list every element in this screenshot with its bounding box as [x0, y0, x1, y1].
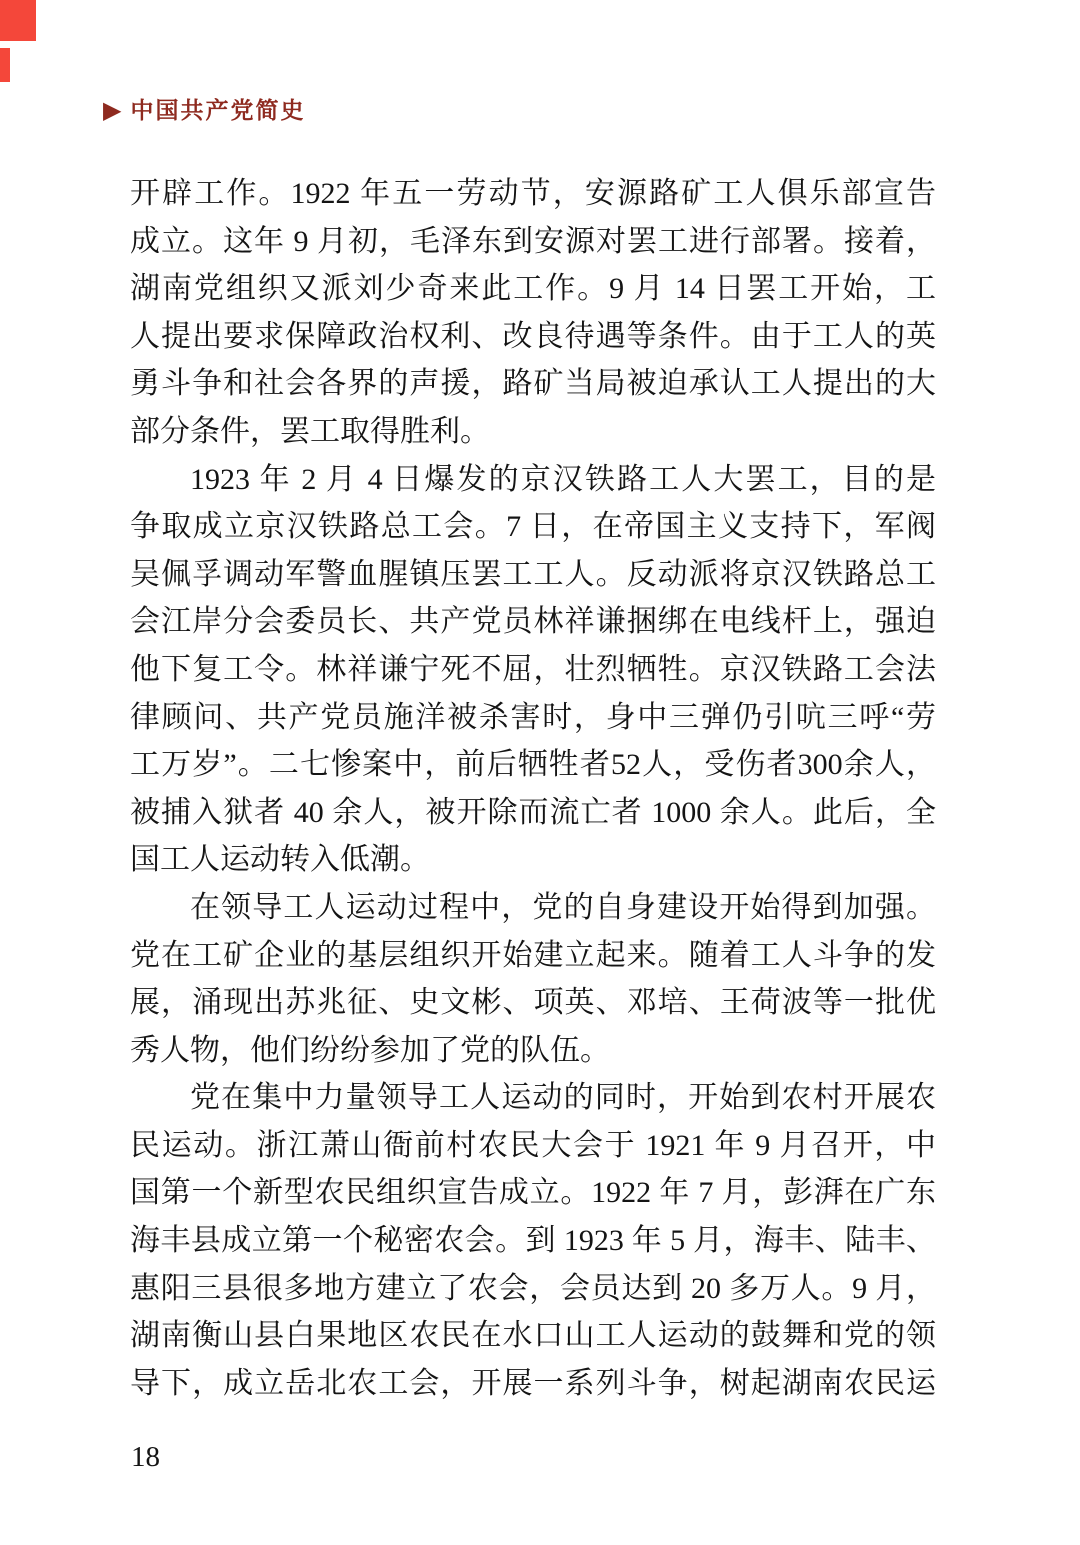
body-line: 会江岸分会委员长、共产党员林祥谦捆绑在电线杆上，强迫 — [130, 598, 936, 646]
body-line: 展，涌现出苏兆征、史文彬、项英、邓培、王荷波等一批优 — [130, 979, 936, 1027]
body-line: 民运动。浙江萧山衙前村农民大会于 1921 年 9 月召开，中 — [130, 1122, 936, 1170]
body-line: 勇斗争和社会各界的声援，路矿当局被迫承认工人提出的大 — [130, 360, 936, 408]
body-line: 海丰县成立第一个秘密农会。到 1923 年 5 月，海丰、陆丰、 — [130, 1217, 936, 1265]
book-page: ▶ 中国共产党简史 开辟工作。1922 年五一劳动节，安源路矿工人俱乐部宣告成立… — [0, 0, 1080, 1545]
body-line: 国工人运动转入低潮。 — [130, 836, 936, 884]
body-line: 党在集中力量领导工人运动的同时，开始到农村开展农 — [130, 1074, 936, 1122]
page-body-text: 开辟工作。1922 年五一劳动节，安源路矿工人俱乐部宣告成立。这年 9 月初，毛… — [130, 170, 936, 1407]
body-line: 被捕入狱者 40 余人，被开除而流亡者 1000 余人。此后，全 — [130, 789, 936, 837]
body-line: 工万岁”。二七惨案中，前后牺牲者52人，受伤者300余人， — [130, 741, 936, 789]
red-corner-mark-icon — [0, 0, 36, 41]
body-line: 秀人物，他们纷纷参加了党的队伍。 — [130, 1027, 936, 1075]
triangle-bullet-icon: ▶ — [103, 98, 121, 122]
body-line: 开辟工作。1922 年五一劳动节，安源路矿工人俱乐部宣告 — [130, 170, 936, 218]
body-line: 惠阳三县很多地方建立了农会，会员达到 20 多万人。9 月， — [130, 1265, 936, 1313]
body-line: 湖南党组织又派刘少奇来此工作。9 月 14 日罢工开始，工 — [130, 265, 936, 313]
body-line: 成立。这年 9 月初，毛泽东到安源对罢工进行部署。接着， — [130, 218, 936, 266]
body-line: 争取成立京汉铁路总工会。7 日，在帝国主义支持下，军阀 — [130, 503, 936, 551]
body-line: 党在工矿企业的基层组织开始建立起来。随着工人斗争的发 — [130, 932, 936, 980]
body-line: 1923 年 2 月 4 日爆发的京汉铁路工人大罢工，目的是 — [130, 456, 936, 504]
body-line: 湖南衡山县白果地区农民在水口山工人运动的鼓舞和党的领 — [130, 1312, 936, 1360]
running-header: ▶ 中国共产党简史 — [103, 98, 305, 122]
body-line: 吴佩孚调动军警血腥镇压罢工工人。反动派将京汉铁路总工 — [130, 551, 936, 599]
page-number: 18 — [131, 1441, 160, 1474]
body-line: 导下，成立岳北农工会，开展一系列斗争，树起湖南农民运 — [130, 1360, 936, 1408]
body-line: 国第一个新型农民组织宣告成立。1922 年 7 月，彭湃在广东 — [130, 1169, 936, 1217]
body-line: 他下复工令。林祥谦宁死不屈，壮烈牺牲。京汉铁路工会法 — [130, 646, 936, 694]
body-line: 律顾问、共产党员施洋被杀害时，身中三弹仍引吭三呼“劳 — [130, 694, 936, 742]
body-line: 在领导工人运动过程中，党的自身建设开始得到加强。 — [130, 884, 936, 932]
body-line: 部分条件，罢工取得胜利。 — [130, 408, 936, 456]
book-title: 中国共产党简史 — [130, 99, 305, 122]
red-edge-mark-icon — [0, 48, 10, 82]
body-line: 人提出要求保障政治权利、改良待遇等条件。由于工人的英 — [130, 313, 936, 361]
